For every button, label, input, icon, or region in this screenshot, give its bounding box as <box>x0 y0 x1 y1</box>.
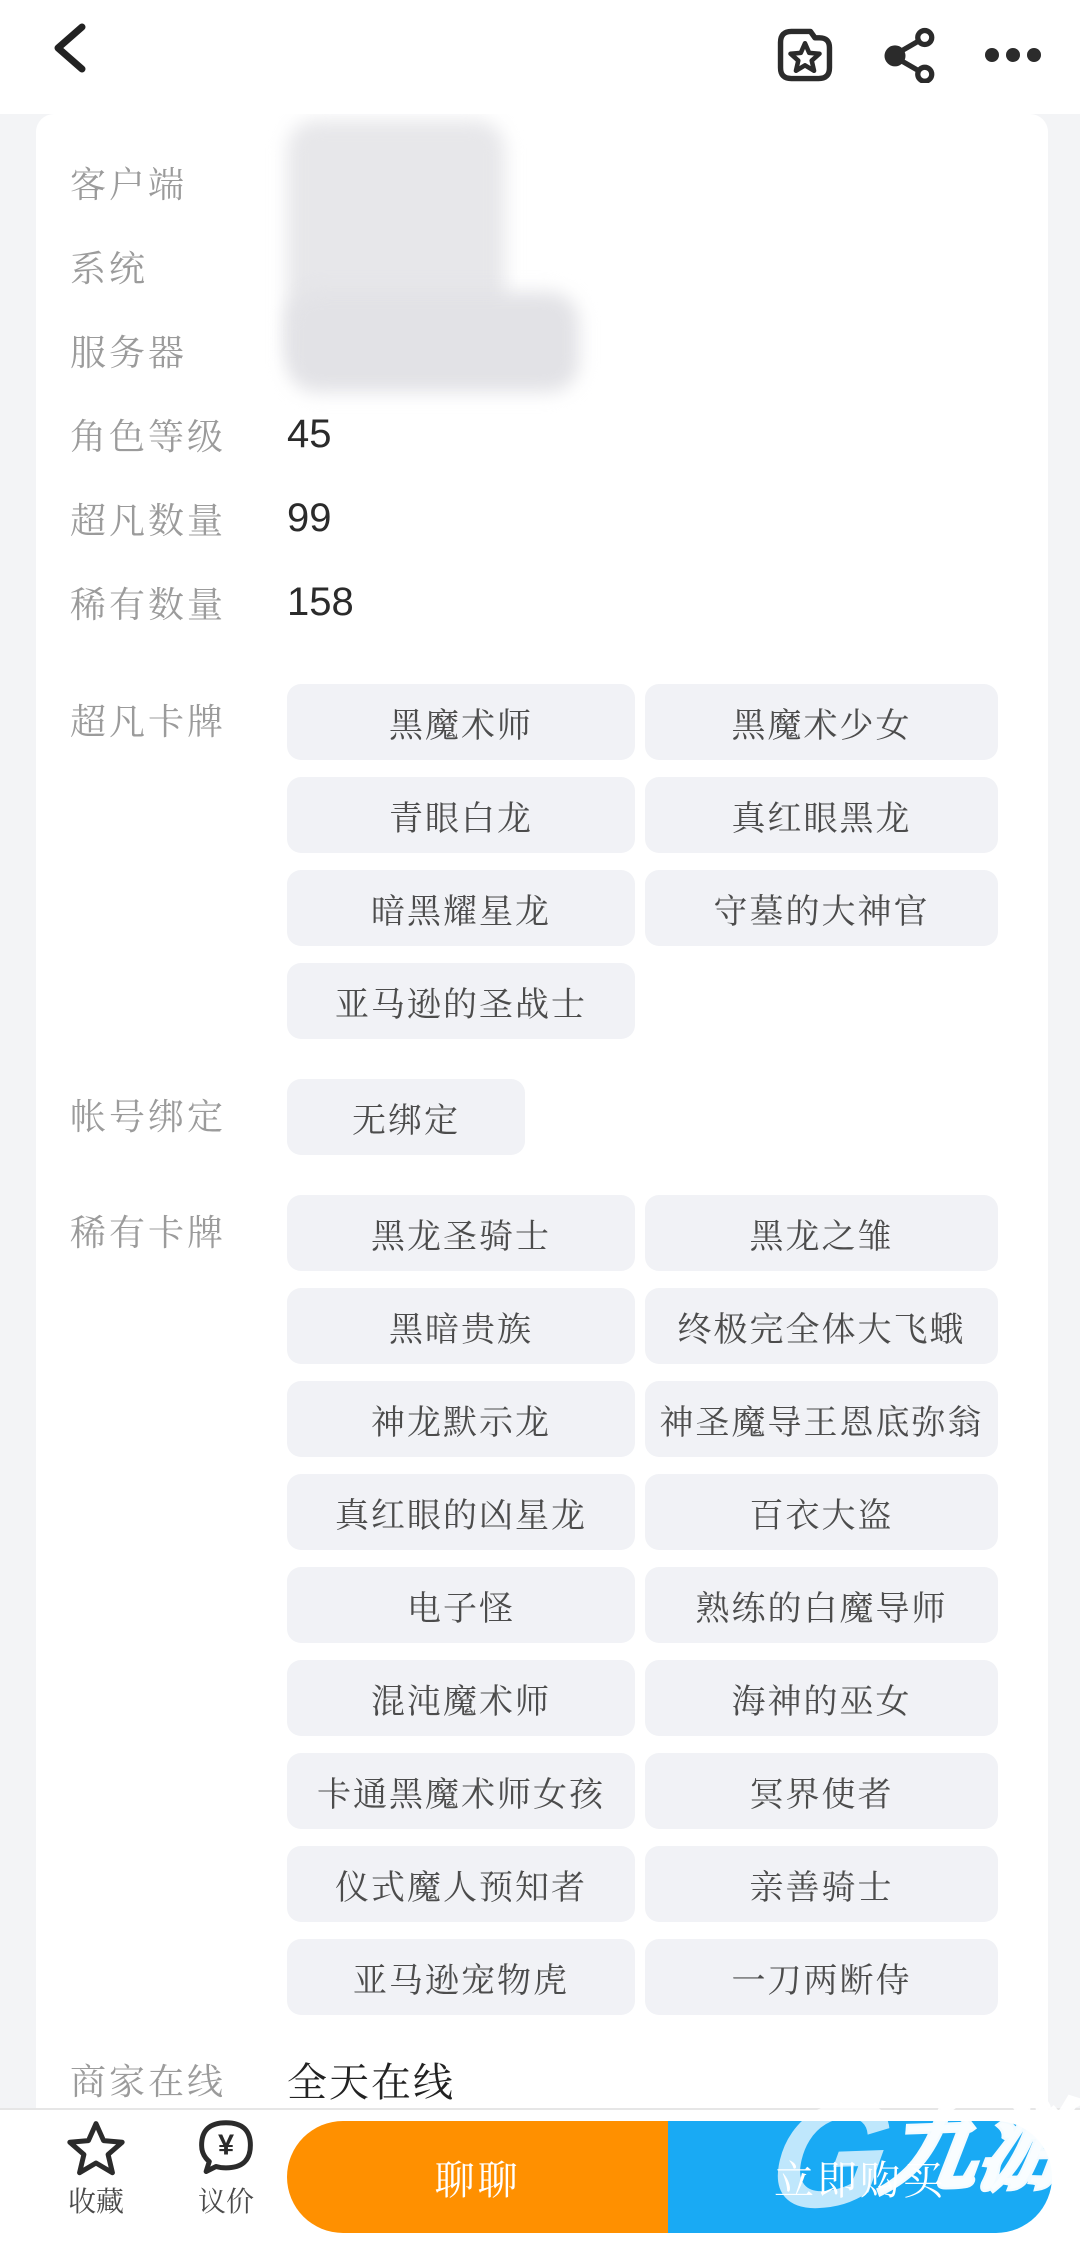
collect-icon <box>776 25 834 85</box>
card-tag-button[interactable]: 神圣魔导王恩底弥翁 <box>645 1381 998 1457</box>
more-icon <box>984 45 1042 65</box>
more-button[interactable] <box>984 26 1042 84</box>
card-section: 稀有卡牌黑龙圣骑士黑龙之雏黑暗贵族终极完全体大飞蛾神龙默示龙神圣魔导王恩底弥翁真… <box>70 1195 1048 2015</box>
card-tag-button[interactable]: 黑龙圣骑士 <box>287 1195 635 1271</box>
card-tag-button[interactable]: 冥界使者 <box>645 1753 998 1829</box>
card-tag-button[interactable]: 海神的巫女 <box>645 1660 998 1736</box>
card-tag-button[interactable]: 黑魔术师 <box>287 684 635 760</box>
field-row: 角色等级45 <box>70 392 1048 476</box>
card-tag-button[interactable]: 一刀两断侍 <box>645 1939 998 2015</box>
section-label: 帐号绑定 <box>70 1079 287 1155</box>
action-pill: 聊聊 立即购买 <box>287 2121 1052 2233</box>
chat-button[interactable]: 聊聊 <box>287 2121 668 2233</box>
field-label: 角色等级 <box>70 409 287 460</box>
header-actions <box>776 26 1042 84</box>
card-tag-button[interactable]: 混沌魔术师 <box>287 1660 635 1736</box>
field-row: 超凡数量99 <box>70 476 1048 560</box>
card-tag-button[interactable]: 黑龙之雏 <box>645 1195 998 1271</box>
section-label: 超凡卡牌 <box>70 684 287 760</box>
section-label: 稀有卡牌 <box>70 1195 287 1271</box>
section-grid: 黑龙圣骑士黑龙之雏黑暗贵族终极完全体大飞蛾神龙默示龙神圣魔导王恩底弥翁真红眼的凶… <box>287 1195 998 2015</box>
card-tag-button[interactable]: 神龙默示龙 <box>287 1381 635 1457</box>
field-label: 稀有数量 <box>70 577 287 628</box>
field-value: 158 <box>287 580 354 625</box>
svg-text:¥: ¥ <box>218 2129 234 2161</box>
card-tag-button[interactable]: 亚马逊的圣战士 <box>287 963 635 1039</box>
card-tag-button[interactable]: 卡通黑魔术师女孩 <box>287 1753 635 1829</box>
field-value: 45 <box>287 412 332 457</box>
field-row: 服务器 <box>70 308 1048 392</box>
back-icon <box>48 22 92 74</box>
field-label: 服务器 <box>70 325 287 376</box>
header <box>0 0 1080 114</box>
card-section: 帐号绑定无绑定 <box>70 1079 1048 1155</box>
back-button[interactable] <box>42 20 98 76</box>
card-tag-button[interactable]: 电子怪 <box>287 1567 635 1643</box>
chat-label: 聊聊 <box>435 2149 521 2206</box>
collect-button[interactable] <box>776 26 834 84</box>
merchant-row: 商家在线 全天在线 <box>70 2049 1048 2108</box>
card-tag-button[interactable]: 真红眼的凶星龙 <box>287 1474 635 1550</box>
favorite-label: 收藏 <box>68 2180 124 2220</box>
star-icon <box>67 2120 125 2176</box>
field-label: 客户端 <box>70 157 287 208</box>
card-tag-button[interactable]: 百衣大盗 <box>645 1474 998 1550</box>
card-tag-button[interactable]: 亚马逊宠物虎 <box>287 1939 635 2015</box>
yuan-bubble-icon: ¥ <box>197 2120 255 2176</box>
card-tag-button[interactable]: 无绑定 <box>287 1079 525 1155</box>
merchant-value: 全天在线 <box>287 2051 455 2108</box>
favorite-button[interactable]: 收藏 <box>56 2120 136 2220</box>
field-row: 系统 <box>70 224 1048 308</box>
bargain-label: 议价 <box>198 2180 254 2220</box>
card-sections: 超凡卡牌黑魔术师黑魔术少女青眼白龙真红眼黑龙暗黑耀星龙守墓的大神官亚马逊的圣战士… <box>70 684 1048 2015</box>
field-label: 超凡数量 <box>70 493 287 544</box>
card-tag-button[interactable]: 真红眼黑龙 <box>645 777 998 853</box>
share-icon <box>881 27 937 83</box>
card-tag-button[interactable]: 亲善骑士 <box>645 1846 998 1922</box>
card-tag-button[interactable]: 守墓的大神官 <box>645 870 998 946</box>
bottom-bar: 收藏 ¥ 议价 聊聊 立即购买 G 九游 <box>0 2108 1080 2242</box>
bargain-button[interactable]: ¥ 议价 <box>186 2120 266 2220</box>
account-detail-card: 客户端系统服务器角色等级45超凡数量99稀有数量158 超凡卡牌黑魔术师黑魔术少… <box>36 114 1048 2108</box>
merchant-label: 商家在线 <box>70 2054 287 2105</box>
field-value: 99 <box>287 496 332 541</box>
field-label: 系统 <box>70 241 287 292</box>
section-grid: 黑魔术师黑魔术少女青眼白龙真红眼黑龙暗黑耀星龙守墓的大神官亚马逊的圣战士 <box>287 684 998 1039</box>
field-row: 稀有数量158 <box>70 560 1048 644</box>
buy-now-label: 立即购买 <box>774 2149 946 2206</box>
card-tag-button[interactable]: 仪式魔人预知者 <box>287 1846 635 1922</box>
card-tag-button[interactable]: 青眼白龙 <box>287 777 635 853</box>
share-button[interactable] <box>880 26 938 84</box>
card-tag-button[interactable]: 终极完全体大飞蛾 <box>645 1288 998 1364</box>
card-tag-button[interactable]: 黑暗贵族 <box>287 1288 635 1364</box>
buy-now-button[interactable]: 立即购买 <box>668 2121 1052 2233</box>
card-tag-button[interactable]: 黑魔术少女 <box>645 684 998 760</box>
info-fields: 客户端系统服务器角色等级45超凡数量99稀有数量158 <box>70 140 1048 644</box>
field-row: 客户端 <box>70 140 1048 224</box>
section-grid: 无绑定 <box>287 1079 998 1155</box>
card-tag-button[interactable]: 熟练的白魔导师 <box>645 1567 998 1643</box>
card-tag-button[interactable]: 暗黑耀星龙 <box>287 870 635 946</box>
card-section: 超凡卡牌黑魔术师黑魔术少女青眼白龙真红眼黑龙暗黑耀星龙守墓的大神官亚马逊的圣战士 <box>70 684 1048 1039</box>
